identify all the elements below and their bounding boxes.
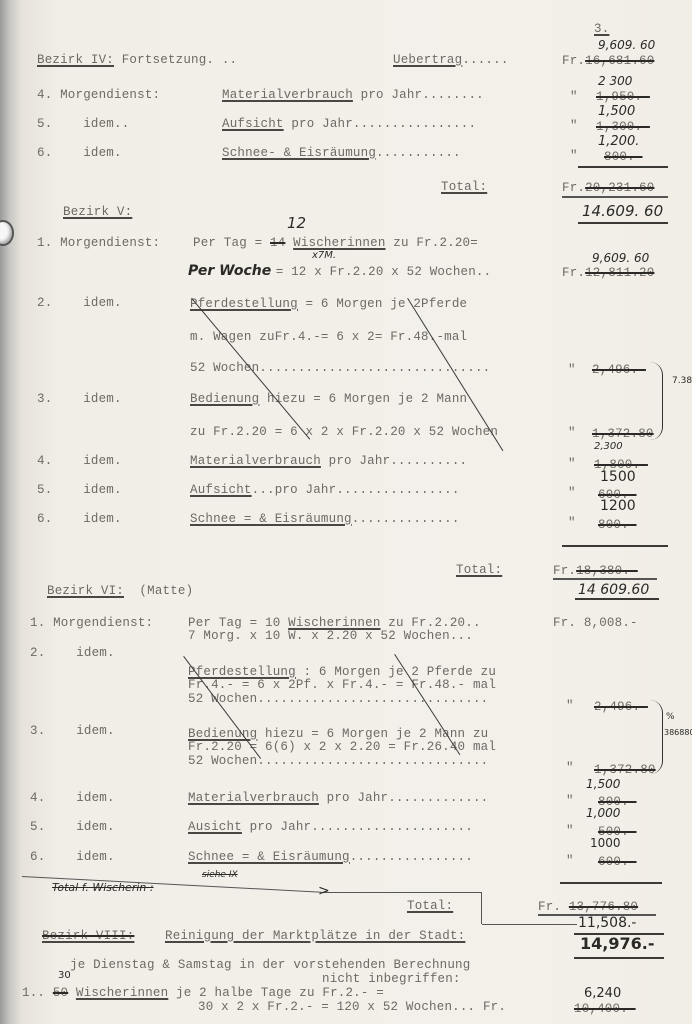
item-desc: Materialverbrauch pro Jahr............. xyxy=(188,791,488,805)
total-amount: Fr.18,380.- xyxy=(553,564,638,578)
arrow-line xyxy=(481,892,482,924)
total-corrected: 11,508.- xyxy=(578,915,637,931)
item-num: 4. Morgendienst: xyxy=(37,88,160,102)
item-desc: Schnee = & Eisräumung................ xyxy=(188,850,473,864)
corrected-amount: 1,500 xyxy=(586,777,620,791)
carry-amount: Fr.16,681.60 xyxy=(562,54,654,68)
item-line: Fr.2.20 = 6(6) x 2 x 2.20 = Fr.26.40 mal xyxy=(188,740,496,754)
total-label: Total: xyxy=(441,180,487,194)
item-num: 1. Morgendienst: xyxy=(30,616,153,630)
corrected-amount: 2,300 xyxy=(594,441,623,452)
bracket xyxy=(650,362,663,440)
corrected-amount: 1,500 xyxy=(598,104,635,119)
total-amount: Fr.20,231.60 xyxy=(562,181,654,195)
ditto-mark: " xyxy=(568,486,576,500)
handwritten-insert: x7M. xyxy=(312,250,336,261)
corrected-amount: 1,200. xyxy=(598,134,639,149)
ditto-mark: " xyxy=(566,824,574,838)
total-label: Total: xyxy=(456,563,502,577)
total-underline xyxy=(562,196,668,198)
section-heading: Bezirk VIII: xyxy=(42,929,134,943)
corrected-amount: 9,609. 60 xyxy=(592,251,649,265)
ditto-mark: " xyxy=(570,90,578,104)
ditto-mark: " xyxy=(566,854,574,868)
item-line: 52 Wochen.............................. xyxy=(188,692,488,706)
item-line: m. Wagen zuFr.4.-= 6 x 2= Fr.48.-mal xyxy=(190,330,467,344)
item-desc: Materialverbrauch pro Jahr.......... xyxy=(190,454,467,468)
item-num: 5. idem. xyxy=(37,483,122,497)
original-amount: 1,372.80 xyxy=(592,427,654,441)
total-double-rule xyxy=(574,957,664,959)
item-line: Per Tag = 14 Wischerinnen zu Fr.2.20= xyxy=(193,236,478,250)
description-line: je Dienstag & Samstag in der vorstehende… xyxy=(70,958,470,972)
item-line: Fr.4.- = 6 x 2Pf. x Fr.4.- = Fr.48.- mal xyxy=(188,678,496,692)
sum-rule xyxy=(560,882,662,884)
bracket xyxy=(650,700,663,774)
total-corrected: 14,976.- xyxy=(580,934,654,953)
total-corrected: 14.609. 60 xyxy=(582,202,663,220)
carry-corrected: 9,609. 60 xyxy=(598,38,655,52)
total-underline xyxy=(553,578,657,580)
ditto-mark: " xyxy=(566,699,574,713)
carry-over-label: Uebertrag...... xyxy=(393,53,509,67)
item-line: 52 Wochen.............................. xyxy=(190,361,490,375)
original-amount: 10,400.- xyxy=(574,1002,636,1016)
arrow-line xyxy=(322,892,482,893)
item-line: 30 x 2 x Fr.2.- = 120 x 52 Wochen... Fr. xyxy=(198,1000,506,1014)
total-double-rule xyxy=(578,222,668,224)
original-amount: 800.- xyxy=(598,518,637,532)
item-num: 3. idem. xyxy=(30,724,115,738)
description-line: nicht inbegriffen: xyxy=(322,972,461,986)
sum-rule xyxy=(578,166,668,168)
item-num: 2. idem. xyxy=(30,646,115,660)
item-line: Per Tag = 10 Wischerinnen zu Fr.2.20.. xyxy=(188,616,481,630)
total-label: Total: xyxy=(407,899,453,913)
corrected-amount: 2 300 xyxy=(598,74,632,88)
original-amount: 600.- xyxy=(598,855,637,869)
item-num: 6. idem. xyxy=(30,850,115,864)
item-num: 4. idem. xyxy=(37,454,122,468)
item-desc: Ausicht pro Jahr..................... xyxy=(188,820,473,834)
item-num: 6. idem. xyxy=(37,512,122,526)
section-title: Reinigung der Marktplätze in der Stadt: xyxy=(165,929,465,943)
bracket-note: 386880 xyxy=(664,728,692,737)
item-num: 3. idem. xyxy=(37,392,122,406)
item-line: 1.. 50 Wischerinnen je 2 halbe Tage zu F… xyxy=(22,986,384,1000)
section-heading: Bezirk VI: (Matte) xyxy=(47,584,193,598)
item-num: 2. idem. xyxy=(37,296,122,310)
item-desc: Schnee = & Eisräumung.............. xyxy=(190,512,460,526)
corrected-amount: 1500 xyxy=(600,469,636,485)
page-number: 3. xyxy=(594,22,609,36)
total-amount: Fr. 13,776.80 xyxy=(538,900,638,914)
corrected-amount: 1000 xyxy=(590,836,621,850)
item-desc: Schnee- & Eisräumung........... xyxy=(222,146,461,160)
handwritten-insert: 12 xyxy=(287,214,306,232)
item-line: 7 Morg. x 10 W. x 2.20 x 52 Wochen... xyxy=(188,629,473,643)
bracket-note: 7.386 xyxy=(672,376,692,386)
total-corrected: 14 609.60 xyxy=(578,582,649,598)
handwritten-insert: 30 xyxy=(58,970,71,981)
item-line: 52 Wochen.............................. xyxy=(188,754,488,768)
item-line: Pferdestellung : 6 Morgen je 2 Pferde zu xyxy=(188,665,496,679)
original-amount: 800.- xyxy=(604,150,643,164)
item-desc: Materialverbrauch pro Jahr........ xyxy=(222,88,484,102)
ditto-mark: " xyxy=(568,426,576,440)
ditto-mark: " xyxy=(566,761,574,775)
handwritten-label: Per Woche xyxy=(188,263,271,279)
item-line: Bedienung hiezu = 6 Morgen je 2 Mann xyxy=(190,392,467,406)
ditto-mark: " xyxy=(568,363,576,377)
sum-rule xyxy=(562,545,668,547)
item-desc: Aufsicht pro Jahr................ xyxy=(222,117,476,131)
corrected-amount: 6,240 xyxy=(584,986,621,1001)
total-double-rule xyxy=(575,598,659,600)
ditto-mark: " xyxy=(570,119,578,133)
ditto-mark: " xyxy=(570,149,578,163)
item-num: 5. idem. xyxy=(30,820,115,834)
original-amount: 1,372.80 xyxy=(594,763,656,777)
arrow-line xyxy=(482,924,577,925)
item-num: 4. idem. xyxy=(30,791,115,805)
item-line: Pferdestellung = 6 Morgen je 2Pferde xyxy=(190,297,467,311)
original-amount: 2,496.- xyxy=(594,700,648,714)
original-amount: Fr.12,811.20 xyxy=(562,266,654,280)
ditto-mark: " xyxy=(568,457,576,471)
corrected-amount: 1,000 xyxy=(586,806,620,820)
item-desc: Aufsicht...pro Jahr................ xyxy=(190,483,460,497)
section-heading: Bezirk V: xyxy=(63,205,132,219)
original-amount: 2,496.— xyxy=(592,363,646,377)
item-num: 6. idem. xyxy=(37,146,122,160)
amount: Fr. 8,008.- xyxy=(553,616,638,630)
bracket-note: % xyxy=(666,712,675,722)
arrow-icon: > xyxy=(318,883,330,899)
corrected-amount: 1200 xyxy=(600,498,636,514)
ditto-mark: " xyxy=(568,516,576,530)
original-amount: 1,950.— xyxy=(596,90,650,104)
item-line: = 12 x Fr.2.20 x 52 Wochen.. xyxy=(268,265,491,279)
item-num: 1. Morgendienst: xyxy=(37,236,160,250)
original-amount: 1,300.— xyxy=(596,120,650,134)
ditto-mark: " xyxy=(566,794,574,808)
item-num: 5. idem.. xyxy=(37,117,129,131)
section-heading: Bezirk IV: Fortsetzung. .. xyxy=(37,53,237,67)
item-line: zu Fr.2.20 = 6 x 2 x Fr.2.20 x 52 Wochen xyxy=(190,425,498,439)
crossed-note-insert: siehe IX xyxy=(202,870,238,880)
binder-hole xyxy=(0,220,14,246)
